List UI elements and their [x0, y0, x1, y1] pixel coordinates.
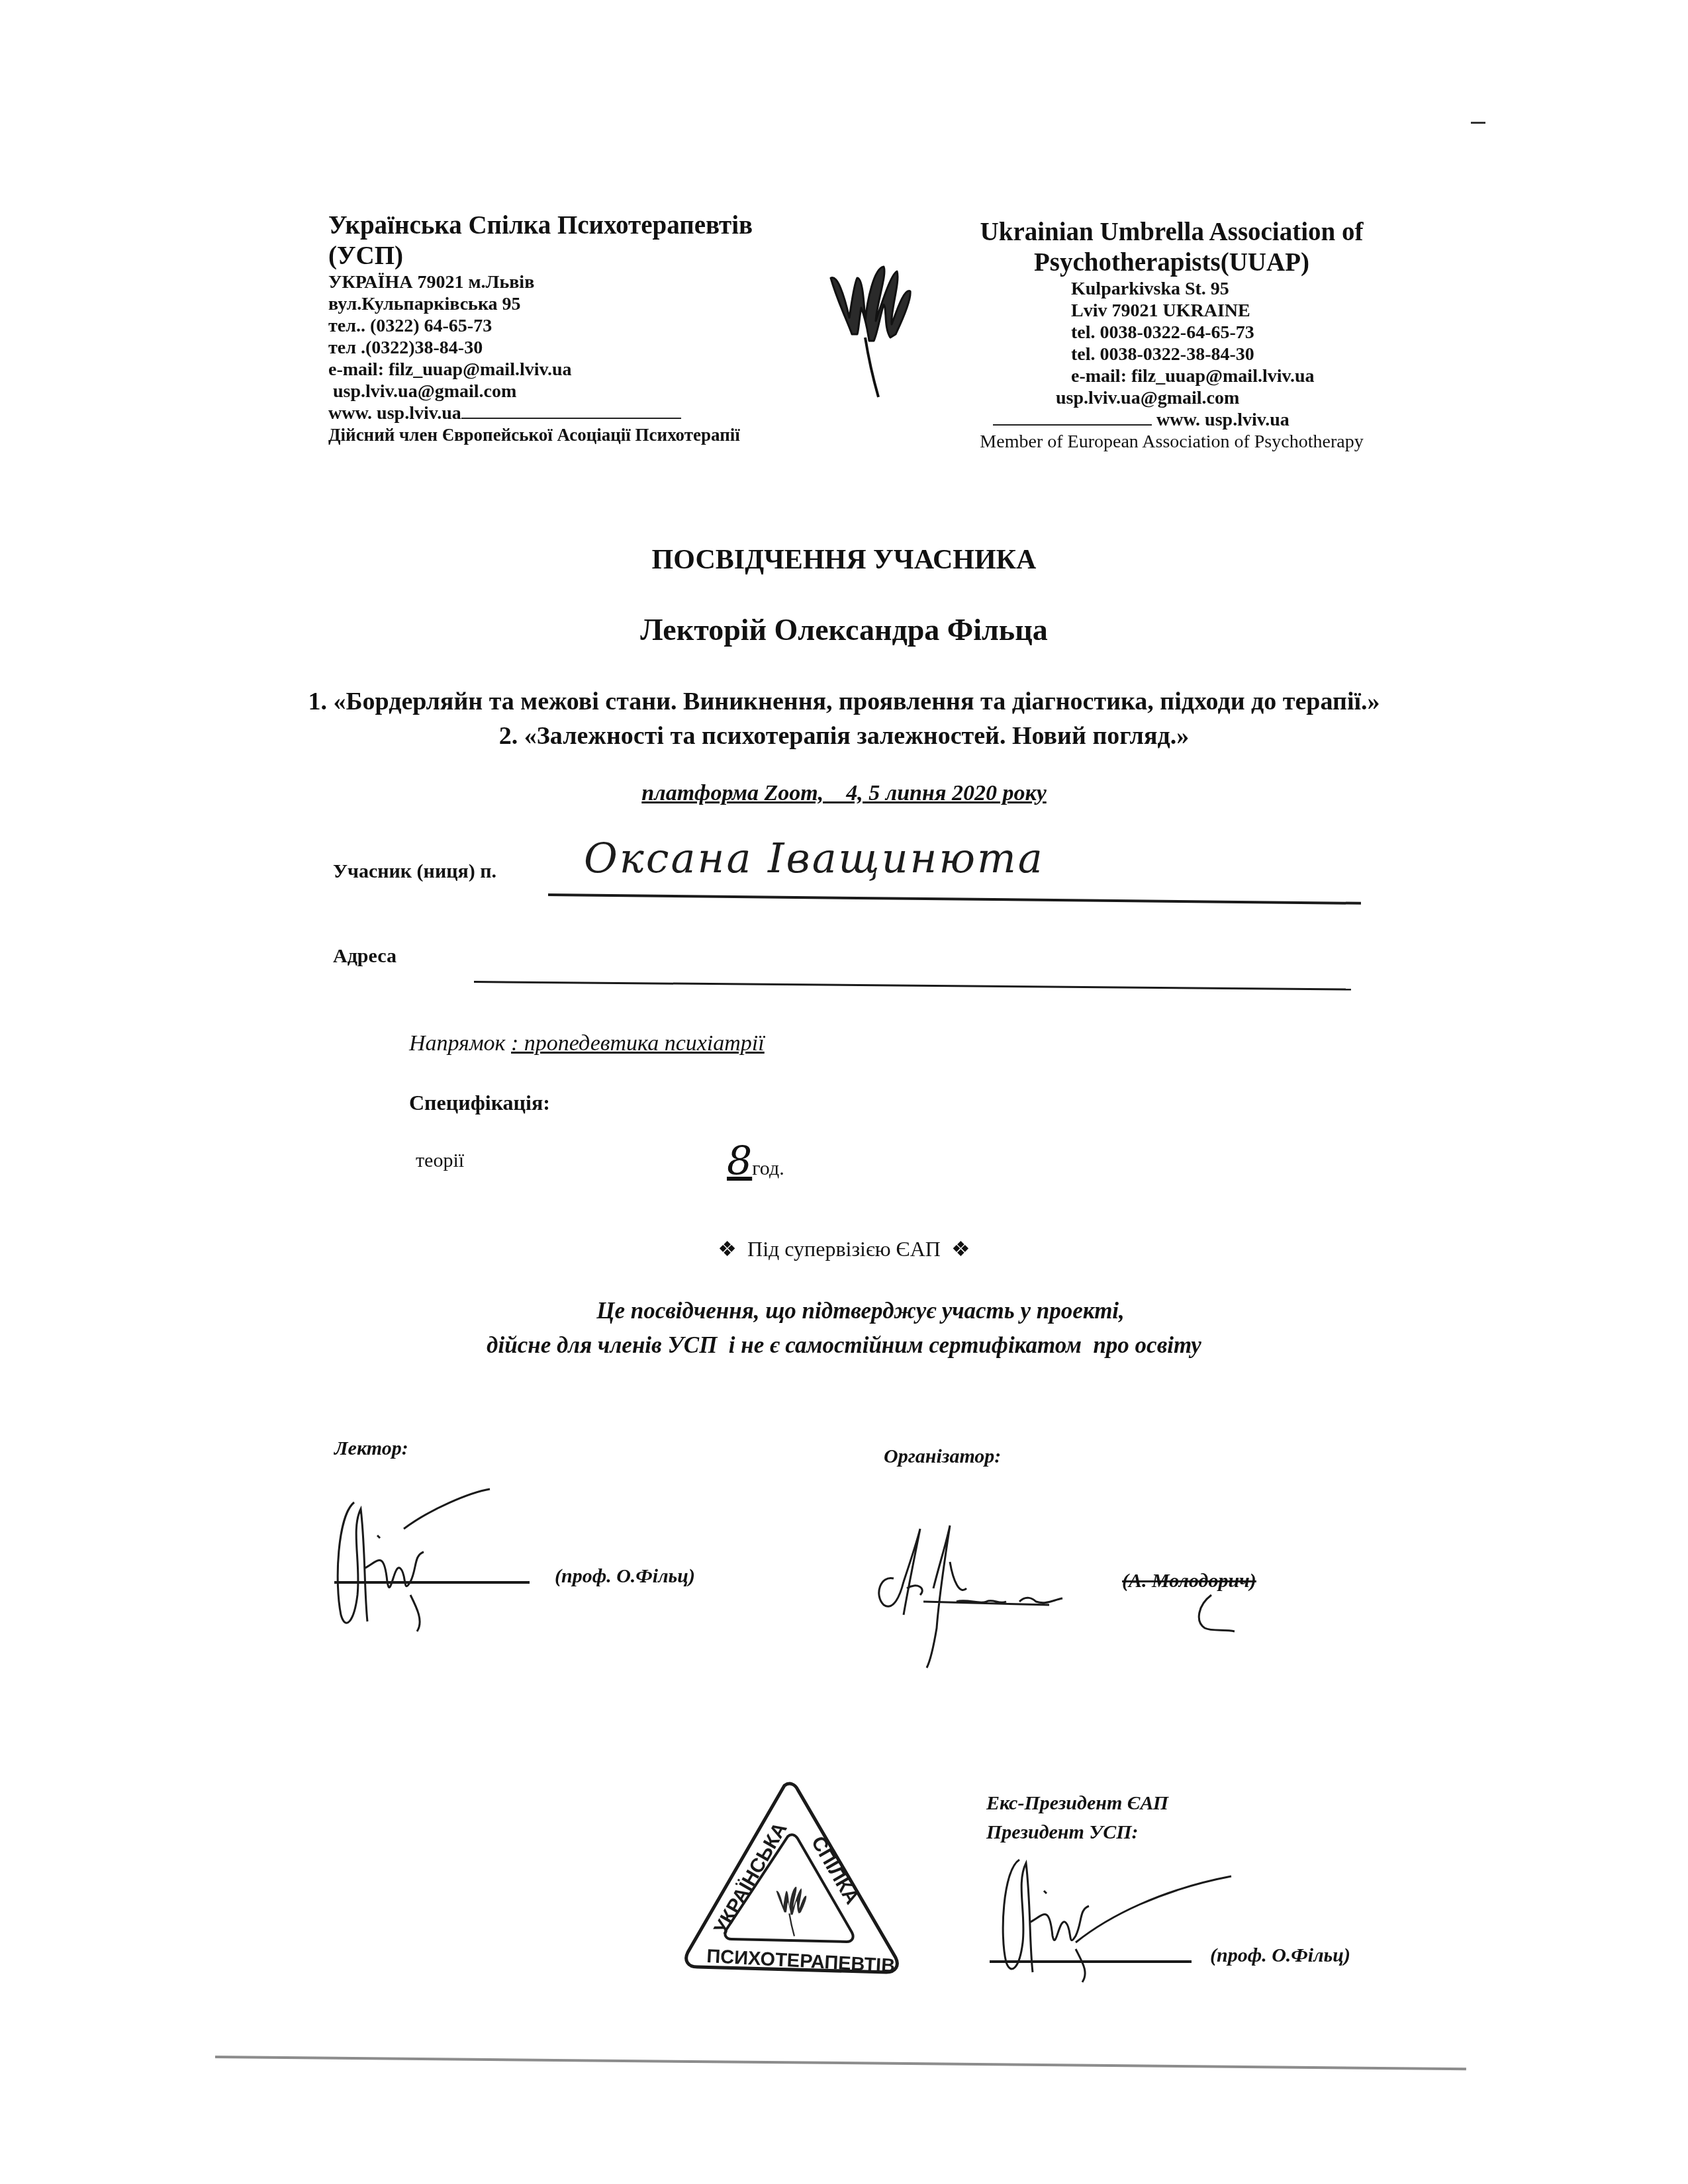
email-line: usp.lviv.ua@gmail.com — [947, 387, 1397, 409]
org-name-en-2: Psychotherapists(UUAP) — [947, 248, 1397, 278]
president-name: (проф. О.Фільц) — [1210, 1944, 1350, 1967]
president-label-2: Президент УСП: — [986, 1821, 1139, 1844]
address-line: УКРАЇНА 79021 м.Львів — [328, 271, 805, 293]
membership-ua: Дійсний член Європейської Асоціації Псих… — [328, 424, 805, 446]
underline — [993, 424, 1152, 426]
phone-line: tel. 0038-0322-64-65-73 — [947, 322, 1397, 343]
hours-unit: год. — [752, 1158, 784, 1179]
header-left-ukrainian: Українська Спілка Психотерапевтів (УСП) … — [328, 210, 805, 446]
header-right-english: Ukrainian Umbrella Association of Psycho… — [947, 217, 1397, 453]
participant-name-handwritten: Оксана Іващинюта — [584, 834, 1045, 882]
specification-label: Специфікація: — [409, 1091, 550, 1115]
email-line: e-mail: filz_uuap@mail.lviv.ua — [328, 359, 805, 381]
address-line: Kulparkivska St. 95 — [947, 278, 1397, 300]
address-line: вул.Кульпарківська 95 — [328, 293, 805, 315]
org-name-en: Ukrainian Umbrella Association of — [947, 217, 1397, 248]
lecturer-signature — [324, 1489, 563, 1635]
address-field — [473, 940, 1340, 960]
topic-2: 2. «Залежності та психотерапія залежност… — [0, 721, 1688, 751]
svg-text:ПСИХОТЕРАПЕВТІВ: ПСИХОТЕРАПЕВТІВ — [706, 1946, 896, 1977]
email-line: usp.lviv.ua@gmail.com — [328, 381, 805, 402]
document-title: ПОСВІДЧЕННЯ УЧАСНИКА — [0, 544, 1688, 576]
diamond-bullet-icon: ❖ — [951, 1237, 970, 1261]
footer-divider — [215, 2056, 1466, 2070]
svg-text:УКРАЇНСЬКА: УКРАЇНСЬКА — [710, 1819, 791, 1938]
notice: Це посвідчення, що підтверджує участь у … — [0, 1294, 1688, 1363]
president-signature-line — [990, 1960, 1192, 1963]
scan-mark — [1471, 122, 1485, 124]
address-label: Адреса — [333, 945, 397, 968]
organization-stamp: УКРАЇНСЬКА СПІЛКА ПСИХОТЕРАПЕВТІВ — [679, 1780, 904, 1979]
address-line: Lviv 79021 UKRAINE — [947, 300, 1397, 322]
phone-line: тел.. (0322) 64-65-73 — [328, 315, 805, 337]
hours-value-handwritten: 8 — [727, 1138, 752, 1185]
platform-date: платформа Zoom, 4, 5 липня 2020 року — [0, 781, 1688, 806]
supervision-line: ❖ Під супервізією ЄАП ❖ — [0, 1236, 1688, 1261]
notice-line-2: дійсне для членів УСП і не є самостійним… — [0, 1328, 1688, 1363]
participant-label: Учасник (ниця) п. — [333, 860, 496, 883]
diamond-bullet-icon: ❖ — [718, 1237, 737, 1261]
direction: Напрямок : пропедевтика психіатрії — [409, 1031, 765, 1056]
website-line: www. usp.lviv.ua — [1156, 410, 1289, 430]
direction-value: : пропедевтика психіатрії — [511, 1031, 765, 1056]
lecturer-label: Лектор: — [334, 1437, 408, 1460]
theory-label: теорії — [416, 1150, 464, 1172]
uuap-logo-icon — [818, 248, 923, 400]
supervision-text: Під супервізією ЄАП — [747, 1237, 941, 1261]
org-abbr-ua: (УСП) — [328, 241, 805, 271]
underline — [461, 418, 681, 419]
president-label-1: Екс-Президент ЄАП — [986, 1792, 1168, 1815]
organizer-name: (А. Молодорич) — [1122, 1570, 1256, 1592]
lecturer-signature-line — [334, 1581, 530, 1584]
topic-1: 1. «Бордерляйн та межові стани. Виникнен… — [0, 687, 1688, 716]
notice-line-1: Це посвідчення, що підтверджує участь у … — [0, 1294, 1688, 1328]
website-line: www. usp.lviv.ua — [328, 403, 461, 424]
document-subtitle: Лекторій Олександра Фільца — [0, 612, 1688, 647]
lecturer-name: (проф. О.Фільц) — [555, 1565, 695, 1588]
email-line: e-mail: filz_uuap@mail.lviv.ua — [947, 365, 1397, 387]
address-line — [474, 981, 1351, 991]
direction-label: Напрямок — [409, 1031, 511, 1056]
participant-name-line — [548, 893, 1361, 905]
org-name-ua: Українська Спілка Психотерапевтів — [328, 210, 805, 241]
membership-en: Member of European Association of Psycho… — [947, 431, 1397, 453]
phone-line: тел .(0322)38-84-30 — [328, 337, 805, 359]
phone-line: tel. 0038-0322-38-84-30 — [947, 343, 1397, 365]
organizer-label: Організатор: — [884, 1445, 1001, 1468]
theory-hours: 8год. — [727, 1138, 784, 1185]
